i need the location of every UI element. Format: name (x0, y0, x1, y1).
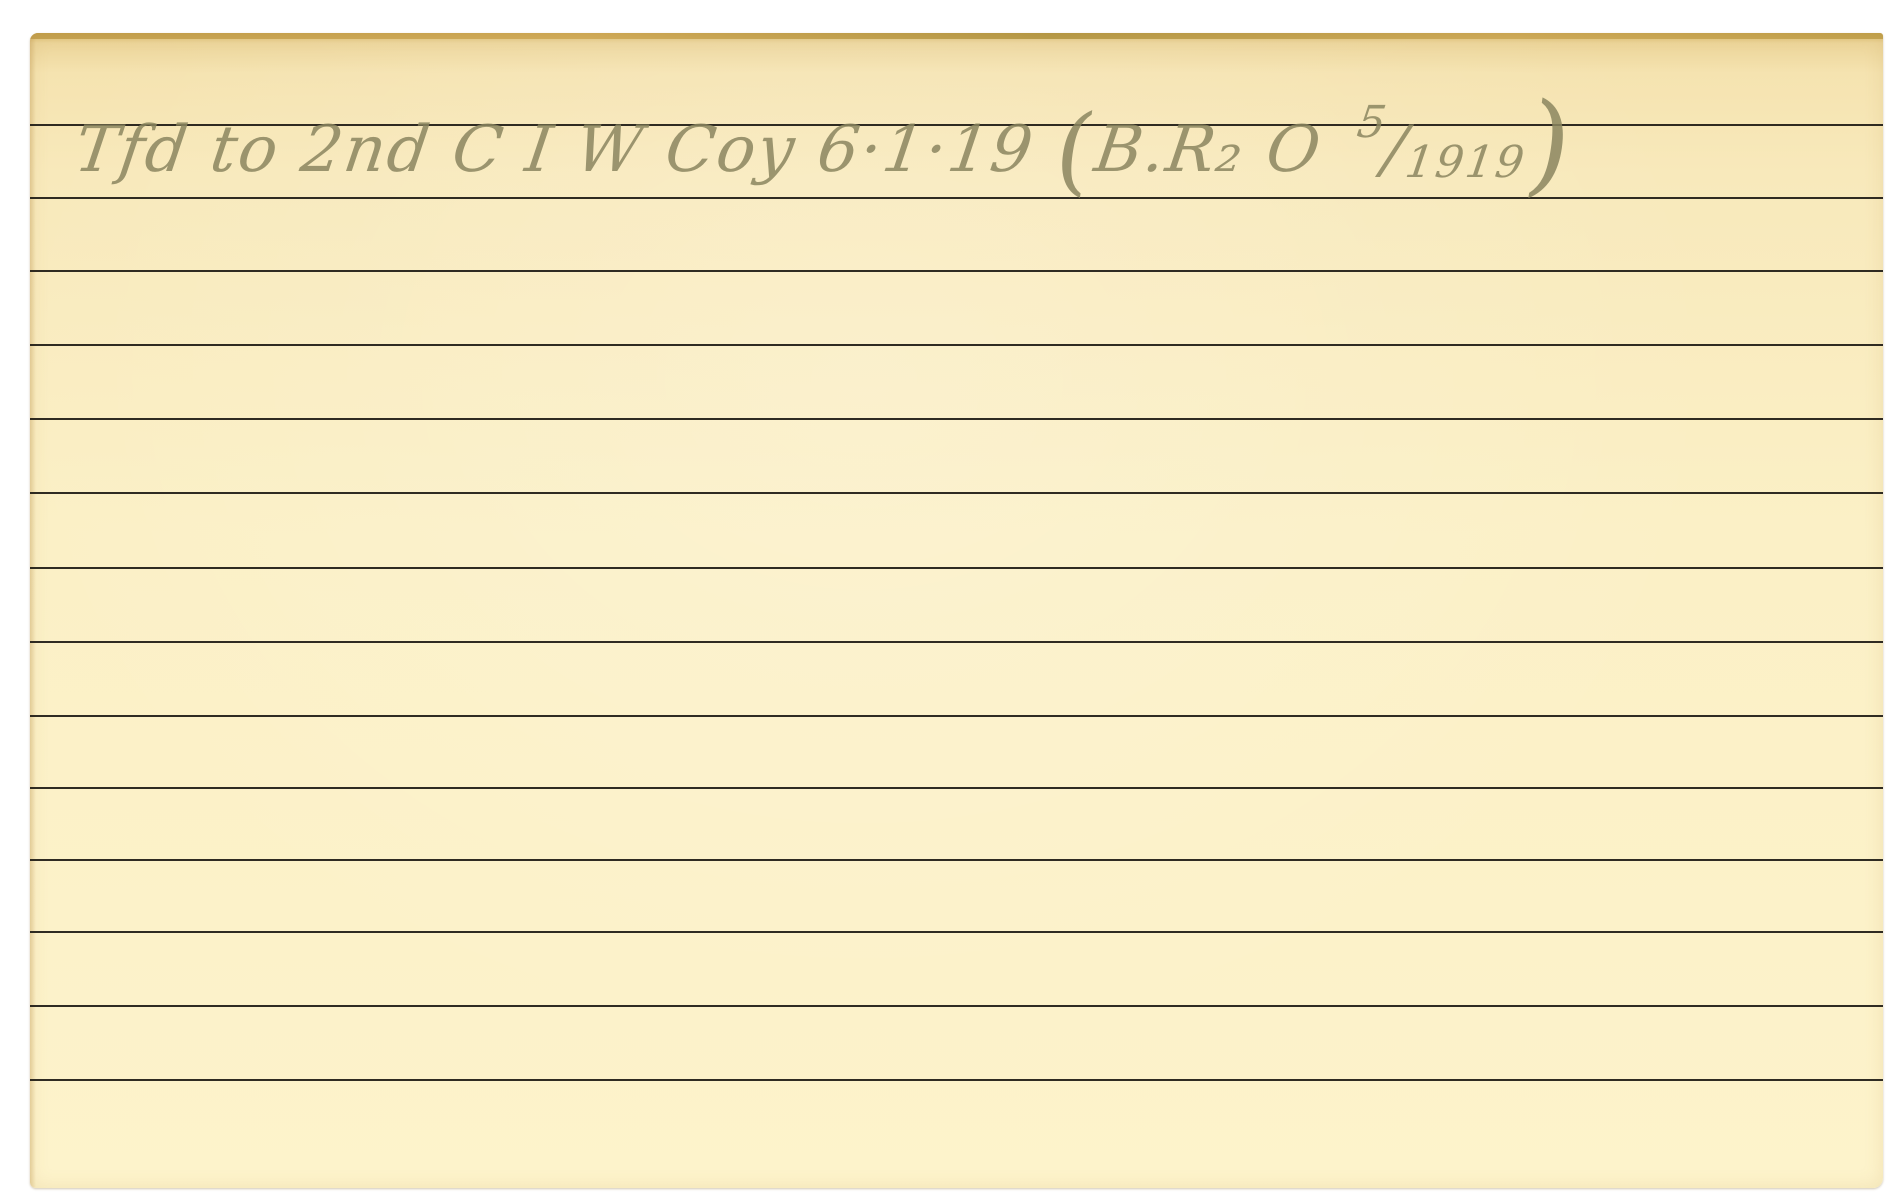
left-edge-shadow (30, 33, 36, 1188)
ruled-line (30, 859, 1883, 861)
ruled-line (30, 567, 1883, 569)
ruled-line (30, 492, 1883, 494)
annotation-paren-close: ) (1519, 79, 1582, 207)
top-edge-stain (30, 33, 1883, 39)
ruled-line (30, 1079, 1883, 1081)
annotation-reference: B.R₂ O (1090, 113, 1326, 187)
ruled-line (30, 344, 1883, 346)
ruled-line (30, 931, 1883, 933)
ruled-line (30, 270, 1883, 272)
annotation-main-text: Tfd to 2nd C I W Coy 6·1·19 (70, 113, 1039, 187)
annotation-fraction-denominator: 1919 (1402, 137, 1529, 188)
ruled-line (30, 197, 1883, 199)
ruled-line (30, 641, 1883, 643)
index-card: Tfd to 2nd C I W Coy 6·1·19 (B.R₂ O 5/19… (30, 33, 1883, 1188)
handwritten-annotation: Tfd to 2nd C I W Coy 6·1·19 (B.R₂ O 5/19… (70, 69, 1584, 189)
ruled-line (30, 715, 1883, 717)
ruled-line (30, 787, 1883, 789)
annotation-paren-open: ( (1048, 94, 1103, 206)
ruled-line (30, 418, 1883, 420)
ruled-line (30, 1005, 1883, 1007)
